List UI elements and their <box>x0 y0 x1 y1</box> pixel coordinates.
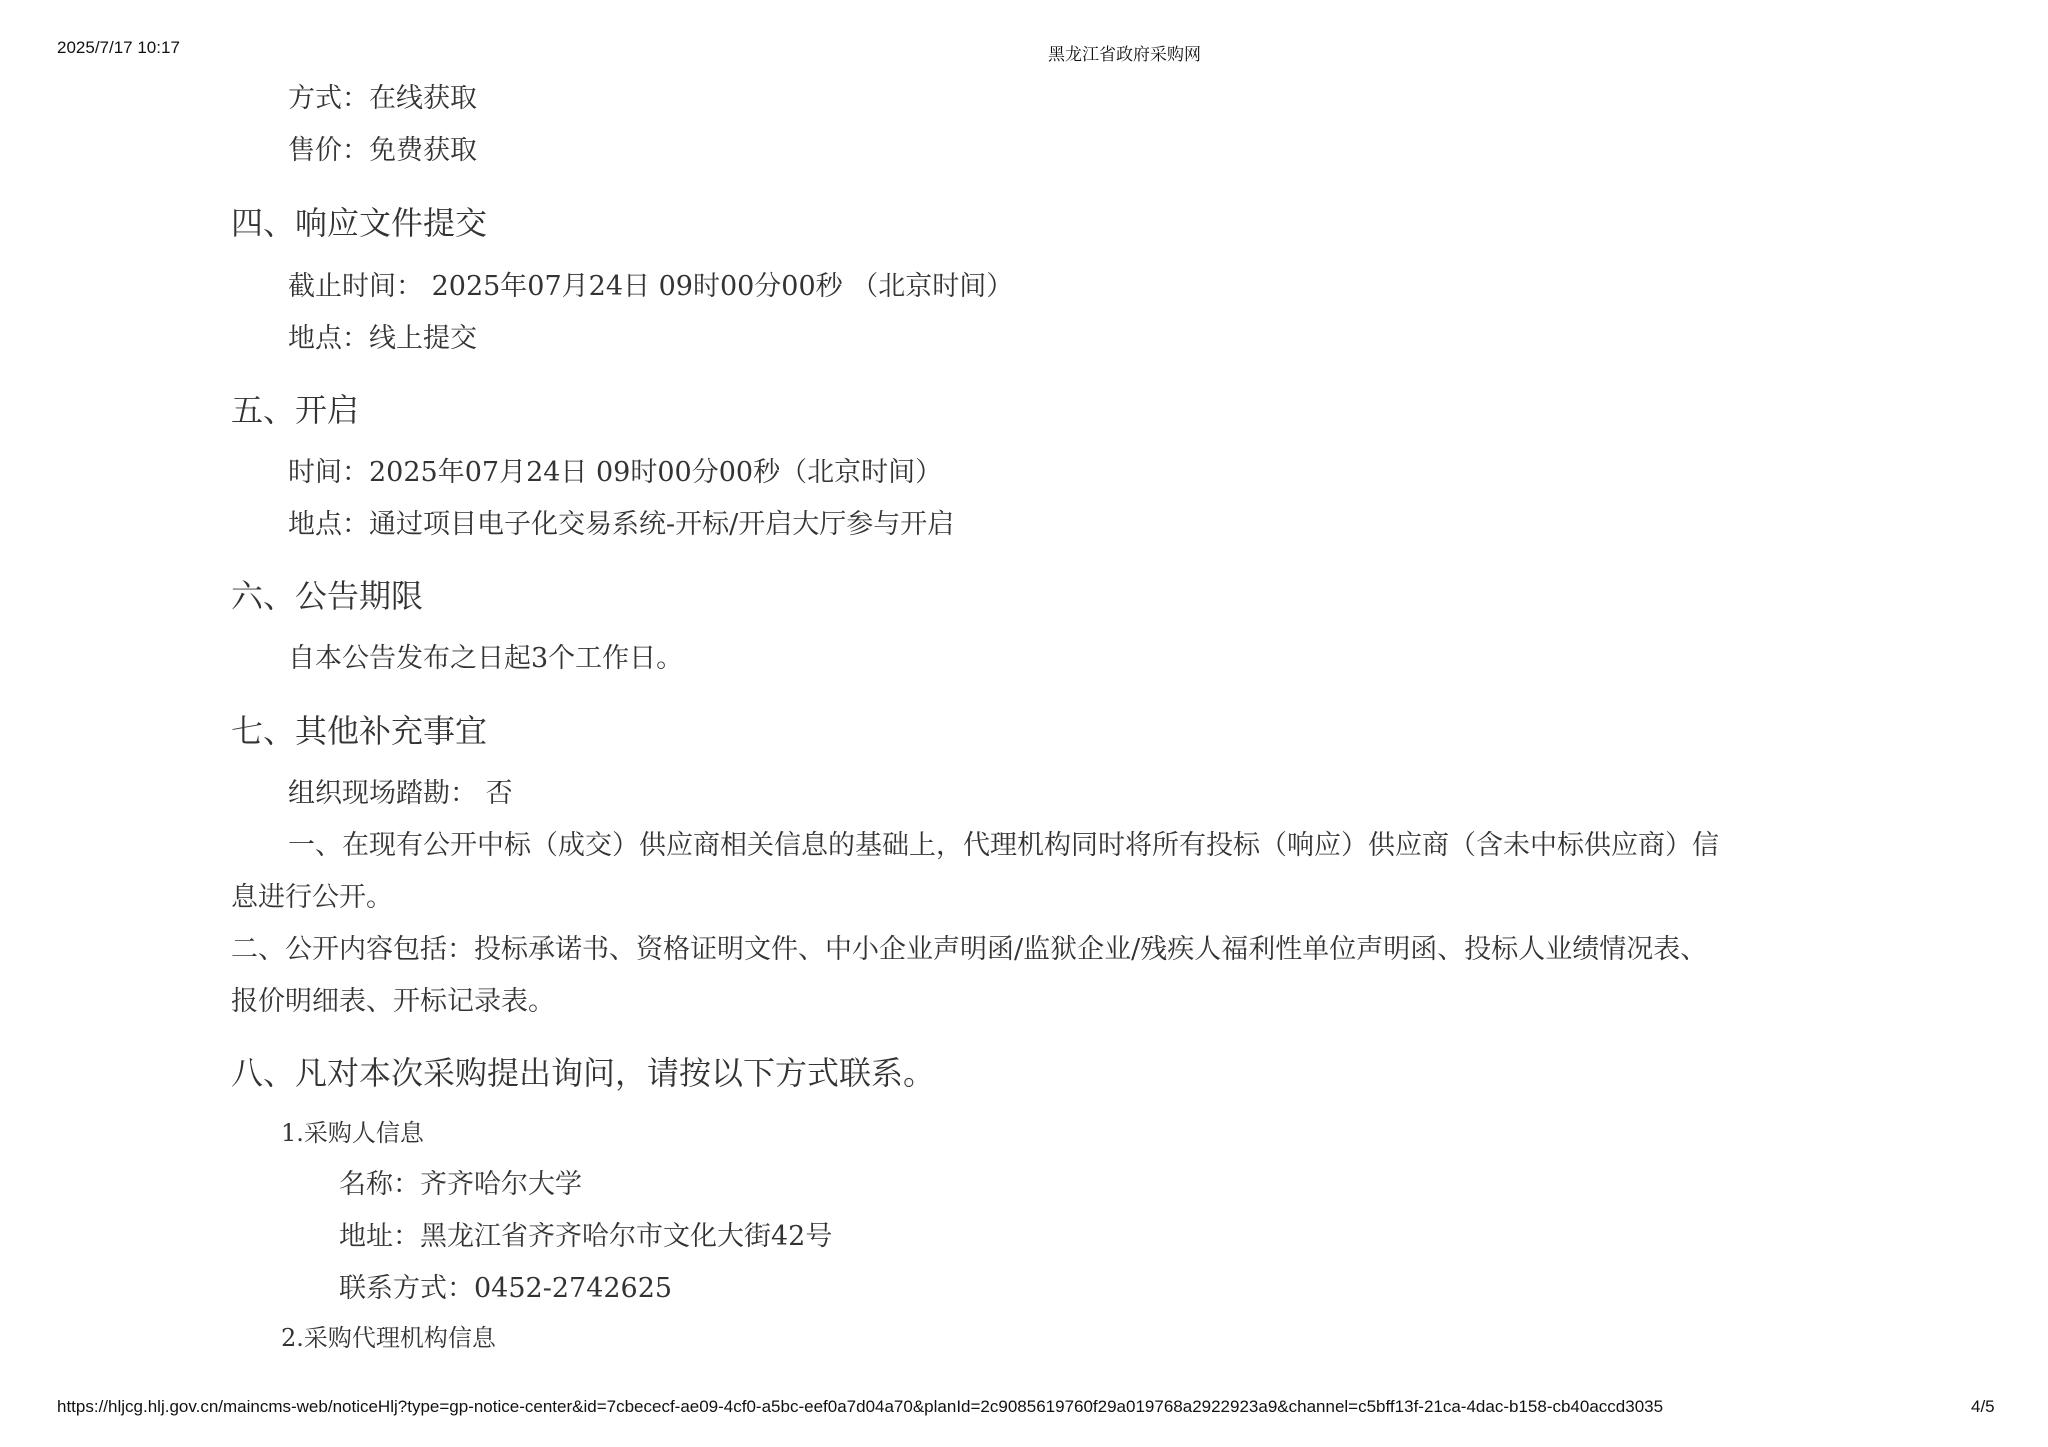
purchaser-contact: 联系方式：0452-2742625 <box>339 1266 672 1305</box>
supplement-para-1-line-1: 一、在现有公开中标（成交）供应商相关信息的基础上，代理机构同时将所有投标（响应）… <box>288 823 1719 862</box>
section-6-title: 六、公告期限 <box>231 571 423 617</box>
agency-heading: 2.采购代理机构信息 <box>281 1318 496 1353</box>
acquisition-method: 方式：在线获取 <box>288 76 477 115</box>
notice-period: 自本公告发布之日起3个工作日。 <box>288 636 683 675</box>
section-4-title: 四、响应文件提交 <box>231 198 487 244</box>
purchaser-address: 地址：黑龙江省齐齐哈尔市文化大街42号 <box>339 1214 832 1253</box>
section-8-title: 八、凡对本次采购提出询问，请按以下方式联系。 <box>231 1048 935 1094</box>
submission-deadline: 截止时间： 2025年07月24日 09时00分00秒 （北京时间） <box>288 264 1013 303</box>
opening-time: 时间：2025年07月24日 09时00分00秒（北京时间） <box>288 450 942 489</box>
supplement-para-2-line-2: 报价明细表、开标记录表。 <box>231 979 555 1018</box>
section-5-title: 五、开启 <box>231 385 359 431</box>
purchaser-heading: 1.采购人信息 <box>281 1113 424 1148</box>
purchaser-name: 名称：齐齐哈尔大学 <box>339 1162 582 1201</box>
print-timestamp: 2025/7/17 10:17 <box>57 38 180 58</box>
page-indicator: 4/5 <box>1971 1397 1995 1417</box>
acquisition-price: 售价：免费获取 <box>288 128 477 167</box>
site-visit: 组织现场踏勘： 否 <box>288 771 513 810</box>
page-url: https://hljcg.hlj.gov.cn/maincms-web/not… <box>57 1397 1663 1417</box>
site-title: 黑龙江省政府采购网 <box>1048 40 1201 65</box>
supplement-para-2-line-1: 二、公开内容包括：投标承诺书、资格证明文件、中小企业声明函/监狱企业/残疾人福利… <box>231 927 1707 966</box>
submission-location: 地点：线上提交 <box>288 316 477 355</box>
section-7-title: 七、其他补充事宜 <box>231 706 487 752</box>
supplement-para-1-line-2: 息进行公开。 <box>231 875 393 914</box>
opening-location: 地点：通过项目电子化交易系统-开标/开启大厅参与开启 <box>288 502 954 541</box>
